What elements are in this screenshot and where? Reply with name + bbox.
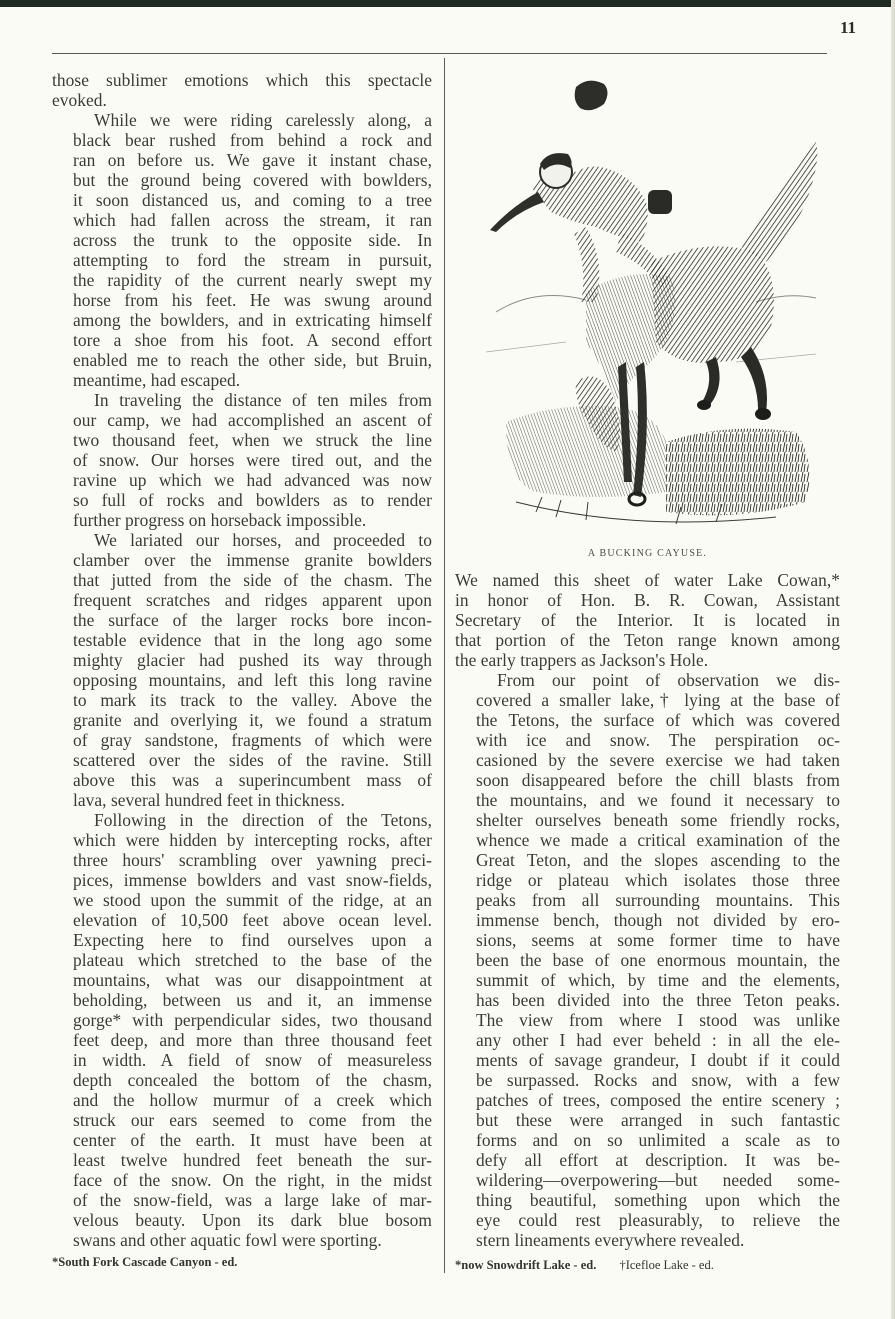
paragraph: Following in the direction of the Tetons… bbox=[52, 810, 432, 1250]
text-line: ridge or plateau which isolates those th… bbox=[455, 870, 840, 890]
text-line: ran on before us. We gave it instant cha… bbox=[52, 150, 432, 170]
bucking-horse-engraving-icon bbox=[476, 62, 838, 542]
text-line: defy all effort at description. It was b… bbox=[455, 1150, 840, 1170]
text-line: that portion of the Teton range known am… bbox=[455, 630, 840, 650]
text-line: clamber over the immense granite bowlder… bbox=[52, 550, 432, 570]
text-line: plateau which stretched to the base of t… bbox=[52, 950, 432, 970]
text-line: We named this sheet of water Lake Cowan,… bbox=[455, 570, 840, 590]
text-line: We lariated our horses, and proceeded to bbox=[52, 530, 432, 550]
left-column: those sublimer emotions which this spect… bbox=[52, 70, 432, 1250]
paragraph: In traveling the distance of ten miles f… bbox=[52, 390, 432, 530]
text-line: with ice and snow. The perspiration oc- bbox=[455, 730, 840, 750]
text-line: peaks from all surrounding mountains. Th… bbox=[455, 890, 840, 910]
text-line: struck our ears seemed to come from the bbox=[52, 1110, 432, 1130]
text-line: forms and on so unlimited a scale as to bbox=[455, 1130, 840, 1150]
text-line: ments of savage grandeur, I doubt if it … bbox=[455, 1050, 840, 1070]
text-line: wildering—overpowering—but needed some- bbox=[455, 1170, 840, 1190]
text-line: soon disappeared before the chill blasts… bbox=[455, 770, 840, 790]
text-line: been the base of one enormous mountain, … bbox=[455, 950, 840, 970]
text-line: enabled me to reach the other side, but … bbox=[52, 350, 432, 370]
text-line: sions, seems at some former time to have bbox=[455, 930, 840, 950]
text-line: From our point of observation we dis- bbox=[455, 670, 840, 690]
paragraph: From our point of observation we dis-cov… bbox=[455, 670, 840, 1250]
text-line: be surpassed. Rocks and snow, with a few bbox=[455, 1070, 840, 1090]
paragraph: While we were riding carelessly along, a… bbox=[52, 110, 432, 390]
illustration-bucking-cayuse bbox=[476, 62, 838, 542]
text-line: across the trunk to the opposite side. I… bbox=[52, 230, 432, 250]
text-line: face of the snow. On the right, in the m… bbox=[52, 1170, 432, 1190]
text-line: further progress on horseback impossible… bbox=[52, 510, 432, 530]
text-line: so full of rocks and bowlders as to rend… bbox=[52, 490, 432, 510]
text-line: and the hollow murmur of a creek which bbox=[52, 1090, 432, 1110]
text-line: Expecting here to find ourselves upon a bbox=[52, 930, 432, 950]
page-number: 11 bbox=[816, 18, 856, 38]
text-line: mountains, what was our disappointment a… bbox=[52, 970, 432, 990]
text-line: shelter ourselves beneath some friendly … bbox=[455, 810, 840, 830]
text-line: granite and overlying it, we found a str… bbox=[52, 710, 432, 730]
text-line: While we were riding carelessly along, a bbox=[52, 110, 432, 130]
text-line: the mountains, and we found it necessary… bbox=[455, 790, 840, 810]
text-line: has been divided into the three Teton pe… bbox=[455, 990, 840, 1010]
scan-top-border bbox=[0, 0, 895, 7]
text-line: patches of trees, composed the entire sc… bbox=[455, 1090, 840, 1110]
text-line: in width. A field of snow of measureless bbox=[52, 1050, 432, 1070]
footnote-icefloe-lake: †Icefloe Lake - ed. bbox=[619, 1258, 713, 1272]
text-line: covered a smaller lake,† lying at the ba… bbox=[455, 690, 840, 710]
text-line: in honor of Hon. B. R. Cowan, Assistant bbox=[455, 590, 840, 610]
text-line: gorge* with perpendicular sides, two tho… bbox=[52, 1010, 432, 1030]
text-line: velous beauty. Upon its dark blue bosom bbox=[52, 1210, 432, 1230]
text-line: frequent scratches and ridges apparent u… bbox=[52, 590, 432, 610]
text-line: the early trappers as Jackson's Hole. bbox=[455, 650, 840, 670]
text-line: of the snow-field, was a large lake of m… bbox=[52, 1190, 432, 1210]
text-line: any other I had ever beheld : in all the… bbox=[455, 1030, 840, 1050]
text-line: ravine up which we had advanced was now bbox=[52, 470, 432, 490]
text-line: feet deep, and more than three thousand … bbox=[52, 1030, 432, 1050]
text-line: lava, several hundred feet in thickness. bbox=[52, 790, 432, 810]
text-line: beholding, between us and it, an immense bbox=[52, 990, 432, 1010]
text-line: depth concealed the bottom of the chasm, bbox=[52, 1070, 432, 1090]
footnote-snowdrift-lake: *now Snowdrift Lake - ed. bbox=[455, 1258, 596, 1272]
footnote-left: *South Fork Cascade Canyon - ed. bbox=[52, 1255, 237, 1270]
text-line: but these were arranged in such fantasti… bbox=[455, 1110, 840, 1130]
text-line: horse from his feet. He was swung around bbox=[52, 290, 432, 310]
text-line: among the bowlders, and in extricating h… bbox=[52, 310, 432, 330]
text-line: pices, immense bowlders and vast snow-fi… bbox=[52, 870, 432, 890]
text-line: of gray sandstone, fragments of which we… bbox=[52, 730, 432, 750]
text-line: it soon distanced us, and coming to a tr… bbox=[52, 190, 432, 210]
text-line: Following in the direction of the Tetons… bbox=[52, 810, 432, 830]
text-line: Great Teton, and the slopes ascending to… bbox=[455, 850, 840, 870]
text-line: to mark its track to the valley. Above t… bbox=[52, 690, 432, 710]
text-line: the rapidity of the current nearly swept… bbox=[52, 270, 432, 290]
text-line: The view from where I stood was unlike bbox=[455, 1010, 840, 1030]
text-line: our camp, we had accomplished an ascent … bbox=[52, 410, 432, 430]
text-line: In traveling the distance of ten miles f… bbox=[52, 390, 432, 410]
text-line: evoked. bbox=[52, 90, 432, 110]
text-line: eye could rest pleasurably, to relieve t… bbox=[455, 1210, 840, 1230]
text-line: thing beautiful, something upon which th… bbox=[455, 1190, 840, 1210]
text-line: swans and other aquatic fowl were sporti… bbox=[52, 1230, 432, 1250]
text-line: of snow. Our horses were tired out, and … bbox=[52, 450, 432, 470]
scan-right-edge bbox=[891, 0, 895, 1319]
text-line: two thousand feet, when we struck the li… bbox=[52, 430, 432, 450]
column-divider bbox=[444, 58, 445, 1273]
text-line: tore a shoe from his foot. A second effo… bbox=[52, 330, 432, 350]
text-line: which had fallen across the stream, it r… bbox=[52, 210, 432, 230]
text-line: whence we made a critical examination of… bbox=[455, 830, 840, 850]
text-line: summit of which, by time and the element… bbox=[455, 970, 840, 990]
footnotes-right: *now Snowdrift Lake - ed. †Icefloe Lake … bbox=[455, 1258, 714, 1273]
text-line: meantime, had escaped. bbox=[52, 370, 432, 390]
paragraph: We named this sheet of water Lake Cowan,… bbox=[455, 570, 840, 670]
text-line: casioned by the severe exercise we had t… bbox=[455, 750, 840, 770]
text-line: black bear rushed from behind a rock and bbox=[52, 130, 432, 150]
text-line: immense bench, though not divided by ero… bbox=[455, 910, 840, 930]
text-line: three hours' scrambling over yawning pre… bbox=[52, 850, 432, 870]
text-line: we stood upon the summit of the ridge, a… bbox=[52, 890, 432, 910]
text-line: least twelve hundred feet beneath the su… bbox=[52, 1150, 432, 1170]
text-line: that jutted from the side of the chasm. … bbox=[52, 570, 432, 590]
text-line: which were hidden by intercepting rocks,… bbox=[52, 830, 432, 850]
paragraph: We lariated our horses, and proceeded to… bbox=[52, 530, 432, 810]
text-line: Secretary of the Interior. It is located… bbox=[455, 610, 840, 630]
text-line: testable evidence that in the long ago s… bbox=[52, 630, 432, 650]
text-line: stern lineaments everywhere revealed. bbox=[455, 1230, 840, 1250]
paragraph: those sublimer emotions which this spect… bbox=[52, 70, 432, 110]
text-line: opposing mountains, and left this long r… bbox=[52, 670, 432, 690]
text-line: above this was a superincumbent mass of bbox=[52, 770, 432, 790]
text-line: the surface of the larger rocks bore inc… bbox=[52, 610, 432, 630]
text-line: center of the earth. It must have been a… bbox=[52, 1130, 432, 1150]
header-rule bbox=[52, 53, 827, 54]
text-line: but the ground being covered with bowlde… bbox=[52, 170, 432, 190]
text-line: elevation of 10,500 feet above ocean lev… bbox=[52, 910, 432, 930]
text-line: the Tetons, the surface of which was cov… bbox=[455, 710, 840, 730]
text-line: scattered over the sides of the ravine. … bbox=[52, 750, 432, 770]
illustration-caption: A BUCKING CAYUSE. bbox=[455, 548, 840, 559]
text-line: mighty glacier had pushed its way throug… bbox=[52, 650, 432, 670]
text-line: those sublimer emotions which this spect… bbox=[52, 70, 432, 90]
text-line: attempting to ford the stream in pursuit… bbox=[52, 250, 432, 270]
right-column: We named this sheet of water Lake Cowan,… bbox=[455, 570, 840, 1250]
